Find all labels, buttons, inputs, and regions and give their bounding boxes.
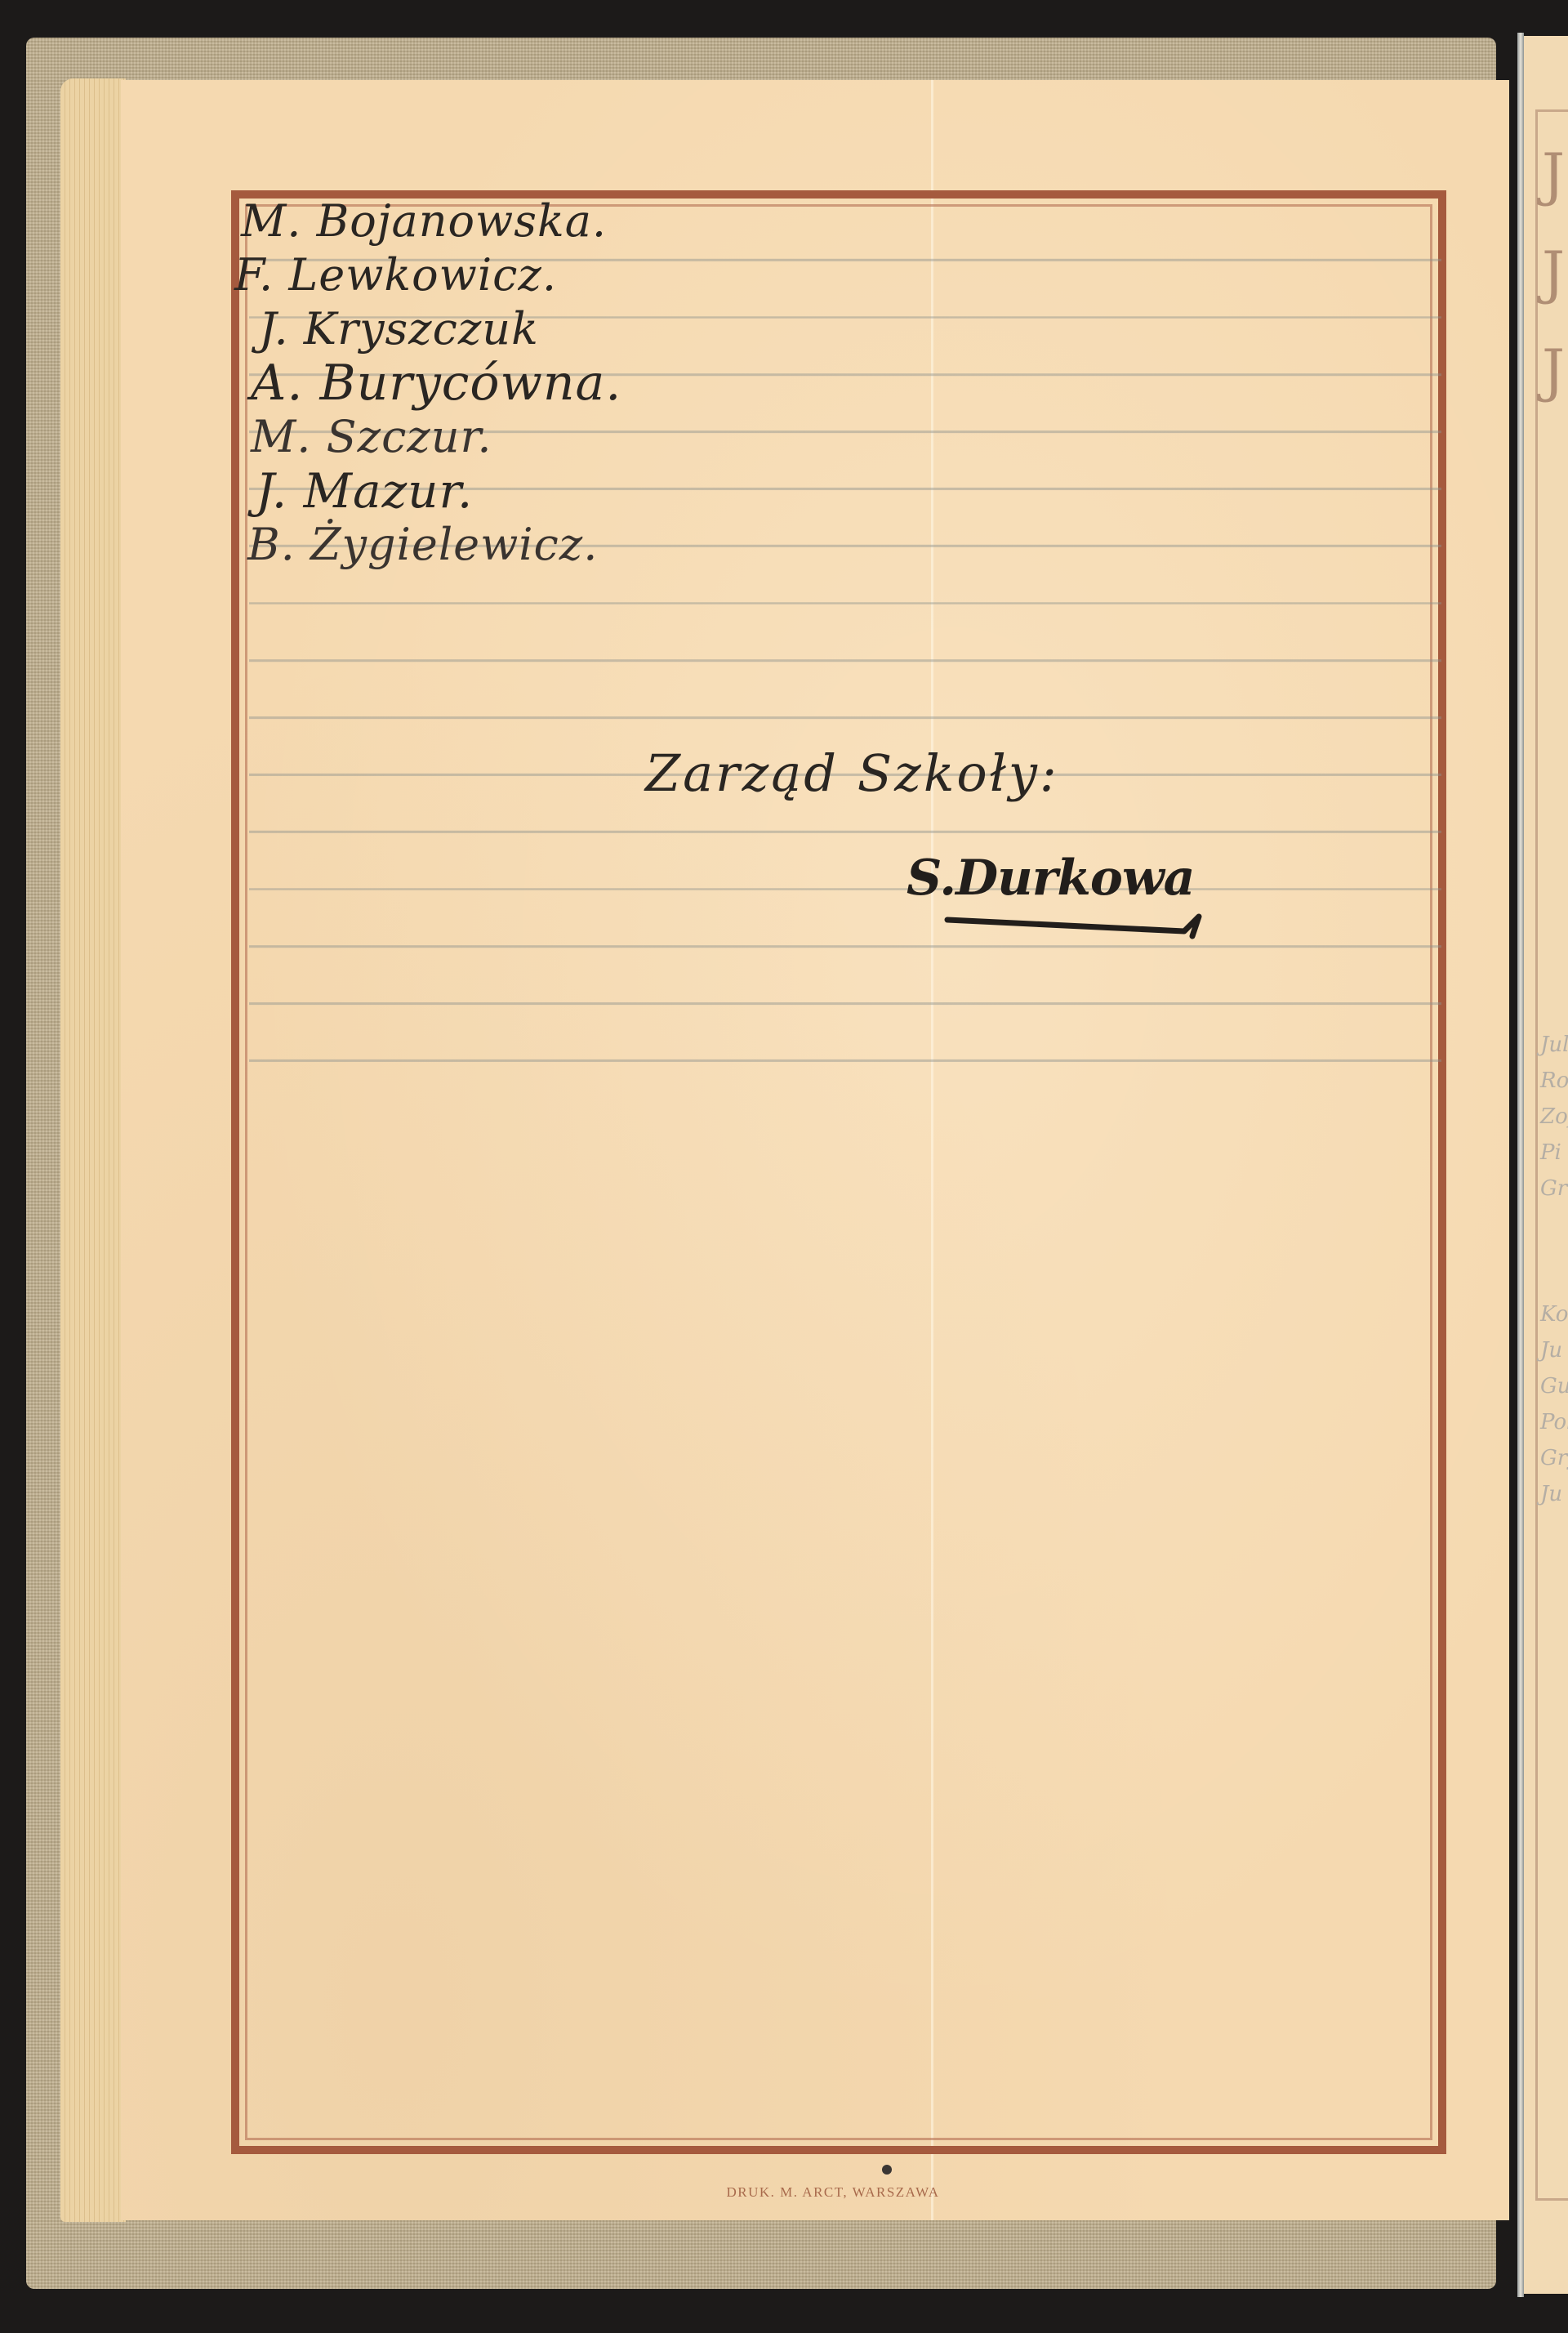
adjacent-line: Zof xyxy=(1540,1104,1568,1140)
name-entry: F. Lewkowicz. xyxy=(234,248,976,302)
name-entry: B. Żygielewicz. xyxy=(247,518,976,572)
adjacent-page-ornament: J J J xyxy=(1542,126,1565,420)
adjacent-page-text: Juli Rom Zof Pi Gr Ko Ju Gura Pok Gry Ju xyxy=(1540,1033,1568,1518)
name-entry: A. Burycówna. xyxy=(251,356,976,410)
adjacent-line: Rom xyxy=(1540,1068,1568,1104)
school-board-signature: S.Durkowa xyxy=(906,850,1194,907)
signature-name-list: M. Bojanowska. F. Lewkowicz. J. Kryszczu… xyxy=(241,194,976,572)
name-entry: J. Mazur. xyxy=(256,464,976,518)
adjacent-line-gap xyxy=(1540,1212,1568,1302)
adjacent-line: Pok xyxy=(1540,1410,1568,1446)
document-scan: M. Bojanowska. F. Lewkowicz. J. Kryszczu… xyxy=(0,0,1568,2333)
ink-dot xyxy=(882,2165,892,2175)
school-board-label: Zarząd Szkoły: xyxy=(645,743,1059,803)
adjacent-line: Gry xyxy=(1540,1446,1568,1482)
name-entry: M. Szczur. xyxy=(251,410,976,464)
book-gutter xyxy=(1517,33,1524,2297)
adjacent-page: J J J Juli Rom Zof Pi Gr Ko Ju Gura Pok … xyxy=(1524,36,1568,2294)
signature-underline-flourish-icon xyxy=(939,907,1209,939)
adjacent-line: Ju xyxy=(1540,1338,1568,1374)
adjacent-line: Gura xyxy=(1540,1374,1568,1410)
adjacent-line: Ko xyxy=(1540,1302,1568,1338)
adjacent-line: Pi xyxy=(1540,1140,1568,1176)
name-entry: J. Kryszczuk xyxy=(259,302,976,356)
printer-imprint: DRUK. M. ARCT, WARSZAWA xyxy=(0,2184,1568,2201)
adjacent-line: Ju xyxy=(1540,1482,1568,1518)
page-edges xyxy=(60,78,126,2222)
adjacent-line: Juli xyxy=(1540,1033,1568,1068)
name-entry: M. Bojanowska. xyxy=(241,194,976,248)
adjacent-line: Gr xyxy=(1540,1176,1568,1212)
